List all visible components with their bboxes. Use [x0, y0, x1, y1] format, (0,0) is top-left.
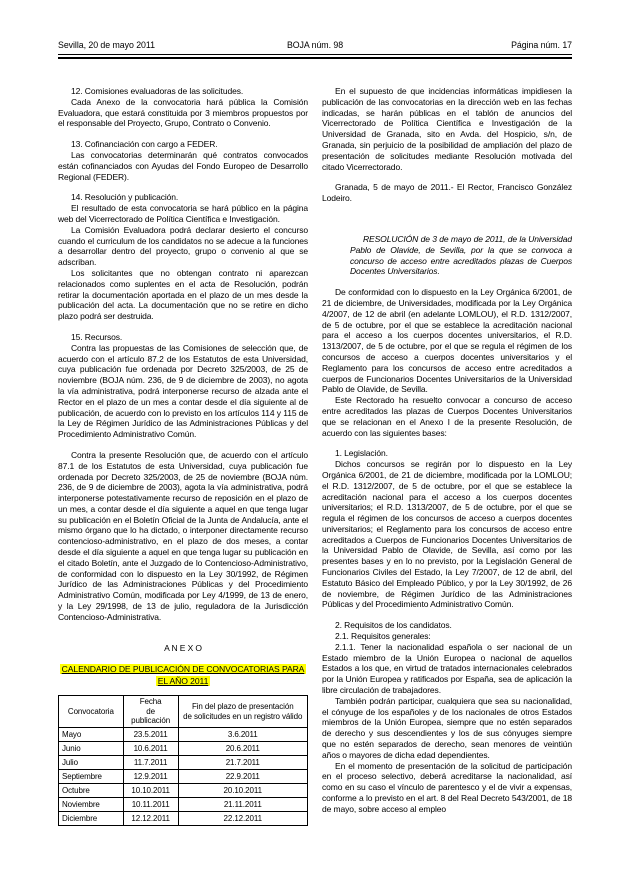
section-heading: 13. Cofinanciación con cargo a FEDER.: [58, 139, 308, 150]
table-cell: 12.12.2011: [123, 811, 178, 825]
paragraph: 2.1.1. Tener la nacionalidad española o …: [322, 642, 572, 696]
section-heading: 12. Comisiones evaluadoras de las solici…: [58, 86, 308, 97]
table-cell: Mayo: [59, 727, 124, 741]
paragraph: Contra la presente Resolución que, de ac…: [58, 450, 308, 623]
table-cell: 22.12.2011: [178, 811, 308, 825]
table-cell: 21.7.2011: [178, 755, 308, 769]
paragraph: Dichos concursos se regirán por lo dispu…: [322, 459, 572, 610]
vertical-spacer: [322, 610, 572, 620]
table-cell: 10.10.2011: [123, 783, 178, 797]
table-row: Mayo23.5.20113.6.2011: [59, 727, 308, 741]
table-cell: Noviembre: [59, 797, 124, 811]
table-row: Junio10.6.201120.6.2011: [59, 741, 308, 755]
table-cell: 12.9.2011: [123, 769, 178, 783]
paragraph: Los solicitantes que no obtengan contrat…: [58, 268, 308, 322]
right-text-column: En el supuesto de que incidencias inform…: [322, 86, 572, 862]
section-heading: 2.1. Requisitos generales:: [322, 631, 572, 642]
table-cell: Septiembre: [59, 769, 124, 783]
vertical-spacer: [58, 653, 308, 663]
paragraph: Las convocatorias determinarán qué contr…: [58, 150, 308, 182]
paragraph: De conformidad con lo dispuesto en la Le…: [322, 287, 572, 395]
paragraph: Cada Anexo de la convocatoria hará públi…: [58, 97, 308, 129]
table-cell: Julio: [59, 755, 124, 769]
table-cell: 10.6.2011: [123, 741, 178, 755]
vertical-spacer: [322, 204, 572, 234]
table-cell: Diciembre: [59, 811, 124, 825]
resolution-summary: RESOLUCIÓN de 3 de mayo de 2011, de la U…: [350, 234, 572, 277]
table-cell: Octubre: [59, 783, 124, 797]
vertical-spacer: [58, 129, 308, 139]
table-header-row: ConvocatoriaFechade publicaciónFin del p…: [59, 696, 308, 728]
table-cell: 3.6.2011: [178, 727, 308, 741]
table-row: Julio11.7.201121.7.2011: [59, 755, 308, 769]
table-row: Diciembre12.12.201122.12.2011: [59, 811, 308, 825]
paragraph: Este Rectorado ha resuelto convocar a co…: [322, 395, 572, 438]
header-rule-thick: [58, 57, 572, 59]
vertical-spacer: [58, 440, 308, 450]
header-issue-number: BOJA núm. 98: [58, 40, 572, 50]
table-cell: 20.6.2011: [178, 741, 308, 755]
table-cell: 11.7.2011: [123, 755, 178, 769]
calendar-table: ConvocatoriaFechade publicaciónFin del p…: [58, 695, 308, 826]
paragraph: La Comisión Evaluadora podrá declarar de…: [58, 225, 308, 268]
section-heading: 15. Recursos.: [58, 332, 308, 343]
section-heading: 2. Requisitos de los candidatos.: [322, 620, 572, 631]
paragraph: En el momento de presentación de la soli…: [322, 761, 572, 815]
section-heading: 14. Resolución y publicación.: [58, 192, 308, 203]
vertical-spacer: [58, 182, 308, 192]
paragraph: El resultado de esta convocatoria se har…: [58, 203, 308, 225]
table-cell: 10.11.2011: [123, 797, 178, 811]
calendar-title-line: EL AÑO 2011: [156, 676, 211, 686]
table-row: Noviembre10.11.201121.11.2011: [59, 797, 308, 811]
anexo-heading: A N E X O: [58, 643, 308, 654]
table-header-cell: Fechade publicación: [123, 696, 178, 728]
vertical-spacer: [58, 687, 308, 693]
table-header-cell: Convocatoria: [59, 696, 124, 728]
table-cell: 22.9.2011: [178, 769, 308, 783]
vertical-spacer: [322, 277, 572, 287]
table-header-cell: Fin del plazo de presentaciónde solicitu…: [178, 696, 308, 728]
table-cell: 21.11.2011: [178, 797, 308, 811]
section-heading: 1. Legislación.: [322, 448, 572, 459]
paragraph: Granada, 5 de mayo de 2011.- El Rector, …: [322, 182, 572, 204]
calendar-title: CALENDARIO DE PUBLICACIÓN DE CONVOCATORI…: [58, 663, 308, 687]
left-text-column: 12. Comisiones evaluadoras de las solici…: [58, 86, 308, 862]
paragraph: Contra las propuestas de las Comisiones …: [58, 343, 308, 440]
table-row: Septiembre12.9.201122.9.2011: [59, 769, 308, 783]
calendar-title-line: CALENDARIO DE PUBLICACIÓN DE CONVOCATORI…: [60, 664, 307, 674]
header-page-number: Página núm. 17: [511, 40, 572, 50]
vertical-spacer: [58, 322, 308, 332]
vertical-spacer: [322, 172, 572, 182]
table-cell: 23.5.2011: [123, 727, 178, 741]
header-rule-thin: [58, 54, 572, 55]
table-row: Octubre10.10.201120.10.2011: [59, 783, 308, 797]
table-cell: 20.10.2011: [178, 783, 308, 797]
vertical-spacer: [322, 438, 572, 448]
boja-bulletin-page: Sevilla, 20 de mayo 2011 BOJA núm. 98 Pá…: [0, 0, 630, 892]
paragraph: También podrán participar, cualquiera qu…: [322, 696, 572, 761]
page-header: Sevilla, 20 de mayo 2011 BOJA núm. 98 Pá…: [58, 40, 572, 52]
table-cell: Junio: [59, 741, 124, 755]
vertical-spacer: [58, 623, 308, 643]
paragraph: En el supuesto de que incidencias inform…: [322, 86, 572, 172]
